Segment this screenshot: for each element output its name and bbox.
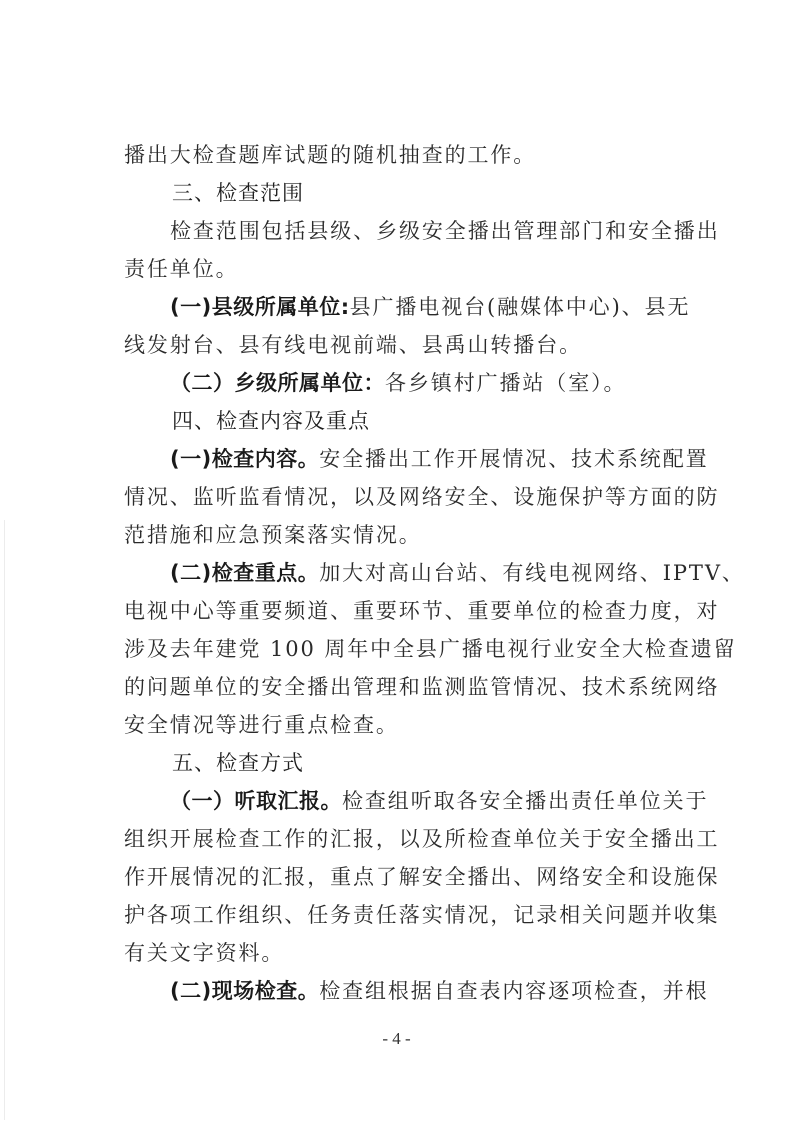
- item-label: (一)检查内容。: [170, 447, 319, 471]
- text-line: 的问题单位的安全播出管理和监测监管情况、技术系统网络: [124, 668, 676, 706]
- item-label: （二）乡级所属单位：: [170, 371, 385, 395]
- text-line: 情况、监听监看情况，以及网络安全、设施保护等方面的防: [124, 478, 676, 516]
- item-text: 县广播电视台(融媒体中心)、县无: [350, 295, 691, 319]
- item-text: 检查组听取各安全播出责任单位关于: [342, 789, 708, 813]
- item-label: (二)现场检查。: [170, 979, 319, 1003]
- page-number: - 4 -: [0, 1029, 793, 1049]
- body-text: 播出大检查题库试题的随机抽查的工作。 三、检查范围 检查范围包括县级、乡级安全播…: [124, 136, 676, 1010]
- section-heading-scope: 三、检查范围: [124, 174, 676, 212]
- item-text: 加大对高山台站、有线电视网络、IPTV、: [319, 561, 745, 585]
- item-label: (一)县级所属单位:: [170, 295, 350, 319]
- list-item-inspection-content: (一)检查内容。安全播出工作开展情况、技术系统配置: [124, 440, 676, 478]
- list-item-inspection-focus: (二)检查重点。加大对高山台站、有线电视网络、IPTV、: [124, 554, 676, 592]
- text-line: 播出大检查题库试题的随机抽查的工作。: [124, 136, 676, 174]
- section-heading-method: 五、检查方式: [124, 744, 676, 782]
- list-item-site-inspection: (二)现场检查。检查组根据自查表内容逐项检查，并根: [124, 972, 676, 1010]
- text-line: 电视中心等重要频道、重要环节、重要单位的检查力度，对: [124, 592, 676, 630]
- list-item-hear-report: （一）听取汇报。检查组听取各安全播出责任单位关于: [124, 782, 676, 820]
- text-line: 检查范围包括县级、乡级安全播出管理部门和安全播出: [124, 212, 676, 250]
- list-item-county-units: (一)县级所属单位:县广播电视台(融媒体中心)、县无: [124, 288, 676, 326]
- item-text: 各乡镇村广播站（室）。: [385, 371, 626, 395]
- section-heading-content: 四、检查内容及重点: [124, 402, 676, 440]
- text-line: 护各项工作组织、任务责任落实情况，记录相关问题并收集: [124, 896, 676, 934]
- text-line: 范措施和应急预案落实情况。: [124, 516, 676, 554]
- item-label: （一）听取汇报。: [170, 789, 342, 813]
- text-line: 线发射台、县有线电视前端、县禹山转播台。: [124, 326, 676, 364]
- list-item-township-units: （二）乡级所属单位：各乡镇村广播站（室）。: [124, 364, 676, 402]
- text-line: 安全情况等进行重点检查。: [124, 706, 676, 744]
- text-line: 责任单位。: [124, 250, 676, 288]
- text-line: 涉及去年建党 100 周年中全县广播电视行业安全大检查遗留: [124, 630, 676, 668]
- document-page: 播出大检查题库试题的随机抽查的工作。 三、检查范围 检查范围包括县级、乡级安全播…: [0, 0, 793, 1121]
- text-line: 作开展情况的汇报，重点了解安全播出、网络安全和设施保: [124, 858, 676, 896]
- item-text: 安全播出工作开展情况、技术系统配置: [319, 447, 708, 471]
- item-text: 检查组根据自查表内容逐项检查，并根: [319, 979, 708, 1003]
- text-line: 有关文字资料。: [124, 934, 676, 972]
- item-label: (二)检查重点。: [170, 561, 319, 585]
- text-line: 组织开展检查工作的汇报，以及所检查单位关于安全播出工: [124, 820, 676, 858]
